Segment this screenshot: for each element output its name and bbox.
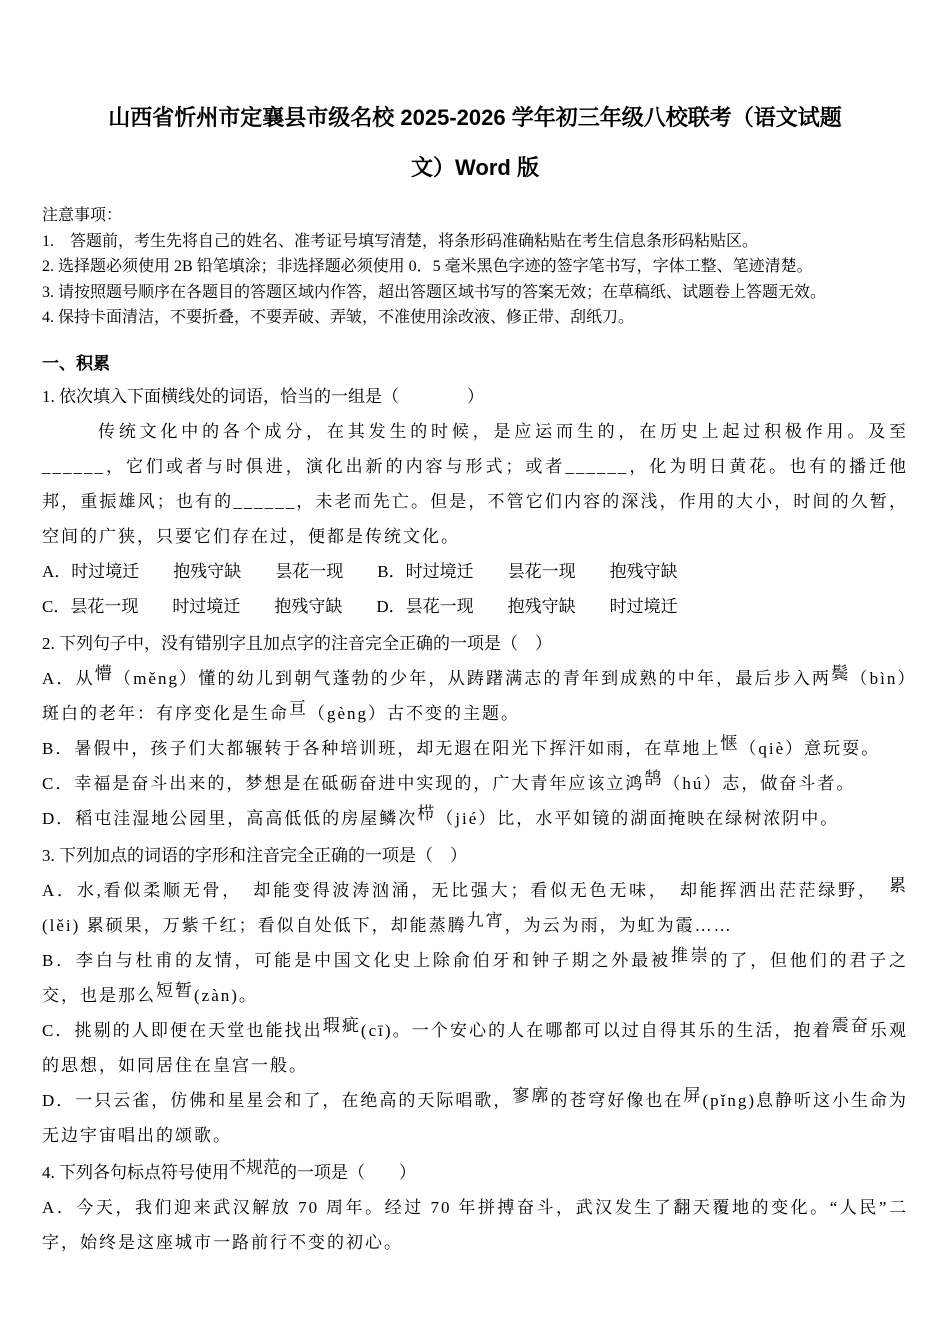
notice-item-1: 1. 答题前，考生先将自己的姓名、准考证号填写清楚，将条形码准确粘贴在考生信息条… (42, 229, 908, 255)
title-line-2: 文）Word 版 (42, 143, 908, 193)
notice-item-4: 4. 保持卡面清洁，不要折叠，不要弄破、弄皱，不准使用涂改液、修正带、刮纸刀。 (42, 305, 908, 331)
notice-section: 注意事项： 1. 答题前，考生先将自己的姓名、准考证号填写清楚，将条形码准确粘贴… (42, 203, 908, 331)
q2-option-d: D．稻屯洼湿地公园里，高高低低的房屋鳞次栉（jié）比，水平如镜的湖面掩映在绿树… (42, 801, 908, 836)
q3-option-c: C．挑剔的人即便在天堂也能找出瑕疵(cī)。一个安心的人在哪都可以过自得其乐的生… (42, 1013, 908, 1083)
q3-option-a: A．水,看似柔顺无骨， 却能变得波涛汹涌，无比强大；看似无色无味， 却能挥洒出茫… (42, 873, 908, 943)
notice-item-3: 3. 请按照题号顺序在各题目的答题区域内作答，超出答题区域书写的答案无效；在草稿… (42, 280, 908, 306)
q3-option-b: B．李白与杜甫的友情，可能是中国文化史上除俞伯牙和钟子期之外最被推崇的了，但他们… (42, 943, 908, 1013)
notice-item-2: 2. 选择题必须使用 2B 铅笔填涂；非选择题必须使用 0．5 毫米黑色字迹的签… (42, 254, 908, 280)
q3-stem: 3. 下列加点的词语的字形和注音完全正确的一项是（ ） (42, 838, 908, 873)
q2-option-b: B．暑假中，孩子们大都辗转于各种培训班，却无遐在阳光下挥汗如雨，在草地上惬（qi… (42, 731, 908, 766)
question-2: 2. 下列句子中，没有错别字且加点字的注音完全正确的一项是（ ） A．从懵（mě… (42, 626, 908, 836)
notice-heading: 注意事项： (42, 203, 908, 229)
question-4: 4. 下列各句标点符号使用不规范的一项是（ ） A．今天，我们迎来武汉解放 70… (42, 1155, 908, 1260)
q2-option-a: A．从懵（měng）懂的幼儿到朝气蓬勃的少年，从踌躇满志的青年到成熟的中年，最后… (42, 661, 908, 731)
question-3: 3. 下列加点的词语的字形和注音完全正确的一项是（ ） A．水,看似柔顺无骨， … (42, 838, 908, 1153)
q1-option-row-2: C．昙花一现 时过境迁 抱残守缺 D．昙花一现 抱残守缺 时过境迁 (42, 589, 908, 624)
title-line-1: 山西省忻州市定襄县市级名校 2025-2026 学年初三年级八校联考（语文试题 (42, 93, 908, 143)
q2-option-c: C．幸福是奋斗出来的，梦想是在砥砺奋进中实现的，广大青年应该立鸿鹄（hú）志，做… (42, 766, 908, 801)
q4-stem: 4. 下列各句标点符号使用不规范的一项是（ ） (42, 1155, 908, 1190)
q1-option-row-1: A．时过境迁 抱残守缺 昙花一现 B．时过境迁 昙花一现 抱残守缺 (42, 554, 908, 589)
q1-passage: 传统文化中的各个成分，在其发生的时候，是应运而生的，在历史上起过积极作用。及至_… (42, 414, 908, 554)
section-1-heading: 一、积累 (42, 351, 908, 377)
q4-option-a: A．今天，我们迎来武汉解放 70 周年。经过 70 年拼搏奋斗，武汉发生了翻天覆… (42, 1190, 908, 1260)
q1-stem: 1. 依次填入下面横线处的词语，恰当的一组是（ ） (42, 379, 908, 414)
q3-option-d: D．一只云雀，仿佛和星星会和了，在绝高的天际唱歌，寥廓的苍穹好像也在屏(pǐng… (42, 1083, 908, 1153)
question-1: 1. 依次填入下面横线处的词语，恰当的一组是（ ） 传统文化中的各个成分，在其发… (42, 379, 908, 624)
exam-document-page: 山西省忻州市定襄县市级名校 2025-2026 学年初三年级八校联考（语文试题 … (0, 0, 950, 1344)
q2-stem: 2. 下列句子中，没有错别字且加点字的注音完全正确的一项是（ ） (42, 626, 908, 661)
document-title: 山西省忻州市定襄县市级名校 2025-2026 学年初三年级八校联考（语文试题 … (42, 93, 908, 193)
